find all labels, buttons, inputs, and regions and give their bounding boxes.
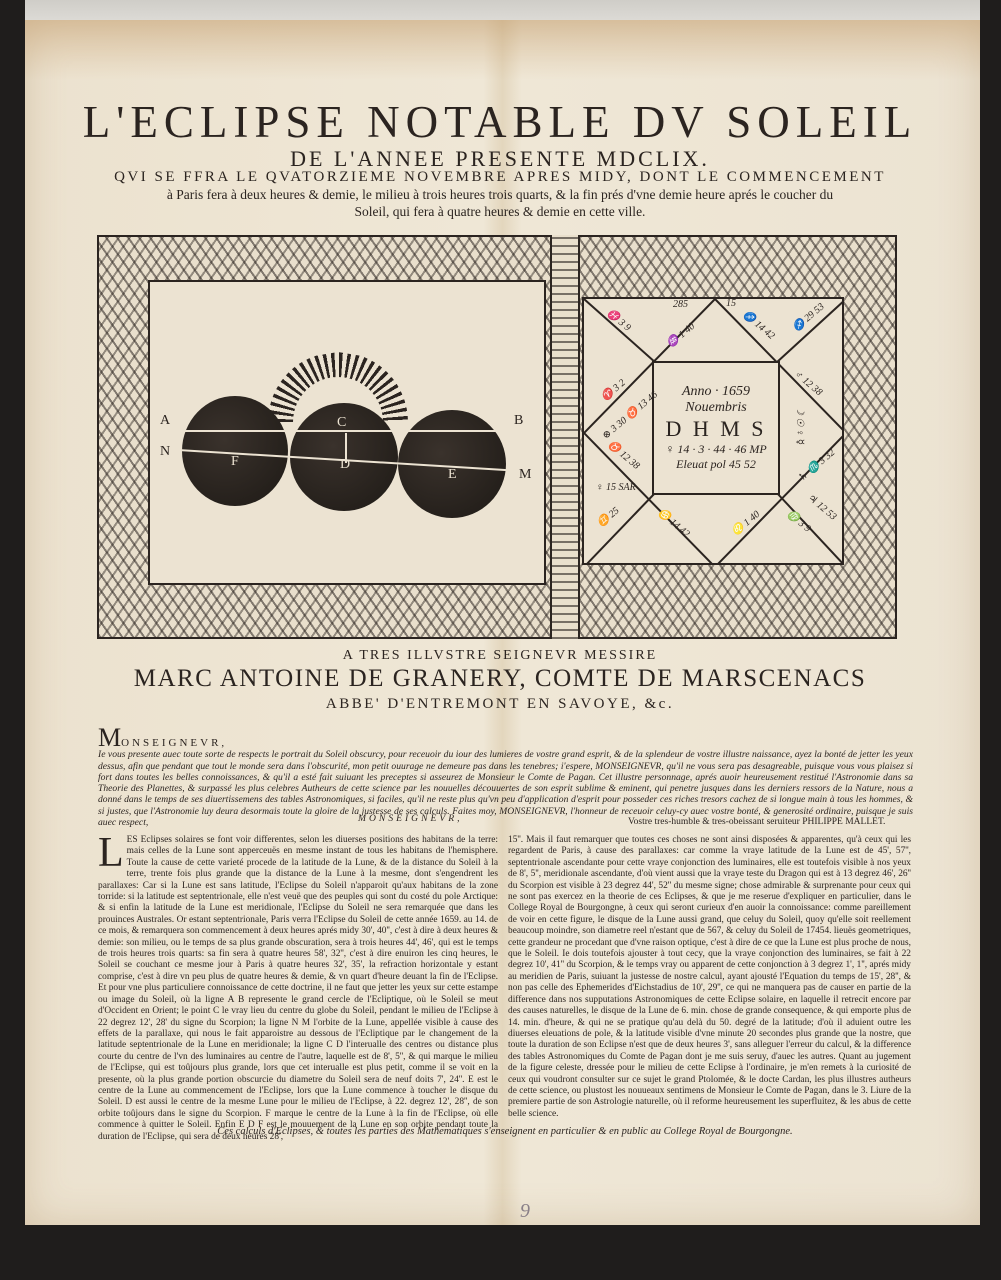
dedication-name: MARC ANTOINE DE GRANERY, COMTE DE MARSCE… bbox=[80, 665, 920, 693]
right-column-text: 15''. Mais il faut remarquer que toutes … bbox=[508, 835, 911, 1119]
dedication-line-1: A TRES ILLVSTRE SEIGNEVR MESSIRE bbox=[80, 648, 920, 664]
subtitle-line-2: QVI SE FFRA LE QVATORZIEME NOVEMBRE APRE… bbox=[60, 168, 940, 186]
label-b: B bbox=[514, 413, 523, 429]
drop-cap: L bbox=[98, 835, 124, 871]
body-column-right: 15''. Mais il faut remarquer que toutes … bbox=[508, 835, 911, 1120]
label-a: A bbox=[160, 413, 170, 429]
letter-signature: Vostre tres-humble & tres-obeissant seru… bbox=[628, 817, 885, 827]
folio-number: 9 bbox=[520, 1200, 530, 1223]
paper-stain bbox=[25, 20, 980, 80]
footer-note: Ces calculs d'Eclipses, & toutes les par… bbox=[210, 1126, 800, 1137]
dedication-title: ABBE' D'ENTREMONT EN SAVOYE, &c. bbox=[80, 696, 920, 713]
label-c: C bbox=[337, 415, 346, 431]
dedicatory-letter: MONSEIGNEVR, Ie vous presente auec toute… bbox=[98, 728, 913, 828]
subtitle-line-3: à Paris fera à deux heures & demie, le m… bbox=[160, 186, 840, 220]
letter-initial: M bbox=[98, 723, 121, 752]
letter-salutation: ONSEIGNEVR, bbox=[121, 737, 227, 749]
page-title: L'ECLIPSE NOTABLE DV SOLEIL bbox=[60, 98, 940, 146]
house-label: 15 bbox=[726, 298, 736, 309]
frame-divider bbox=[550, 235, 580, 639]
body-column-left: LES Eclipses solaires se font voir diffe… bbox=[98, 835, 498, 1143]
horoscope-center: Anno · 1659 Nouembris D H M S ♀ 14 · 3 ·… bbox=[652, 361, 780, 495]
horoscope-elevation: Eleuat pol 45 52 bbox=[654, 457, 778, 472]
label-e: E bbox=[448, 467, 457, 483]
label-d: D bbox=[340, 457, 350, 473]
house-label: 285 bbox=[673, 299, 688, 310]
horoscope-year: Anno · 1659 bbox=[654, 384, 778, 400]
horoscope-month: Nouembris bbox=[654, 400, 778, 416]
house-label: ♀ 15 SAR bbox=[596, 482, 636, 493]
left-column-text: ES Eclipses solaires se font voir differ… bbox=[98, 835, 498, 1142]
horoscope-time: ♀ 14 · 3 · 44 · 46 MP bbox=[654, 442, 778, 457]
letter-closing: MONSEIGNEVR, bbox=[358, 813, 462, 824]
label-f: F bbox=[231, 454, 239, 470]
label-m: M bbox=[519, 467, 531, 483]
house-label: ☽ ☉ ♀ ☿ bbox=[794, 406, 805, 445]
label-n: N bbox=[160, 444, 170, 460]
horoscope-dhms: D H M S bbox=[654, 416, 778, 442]
